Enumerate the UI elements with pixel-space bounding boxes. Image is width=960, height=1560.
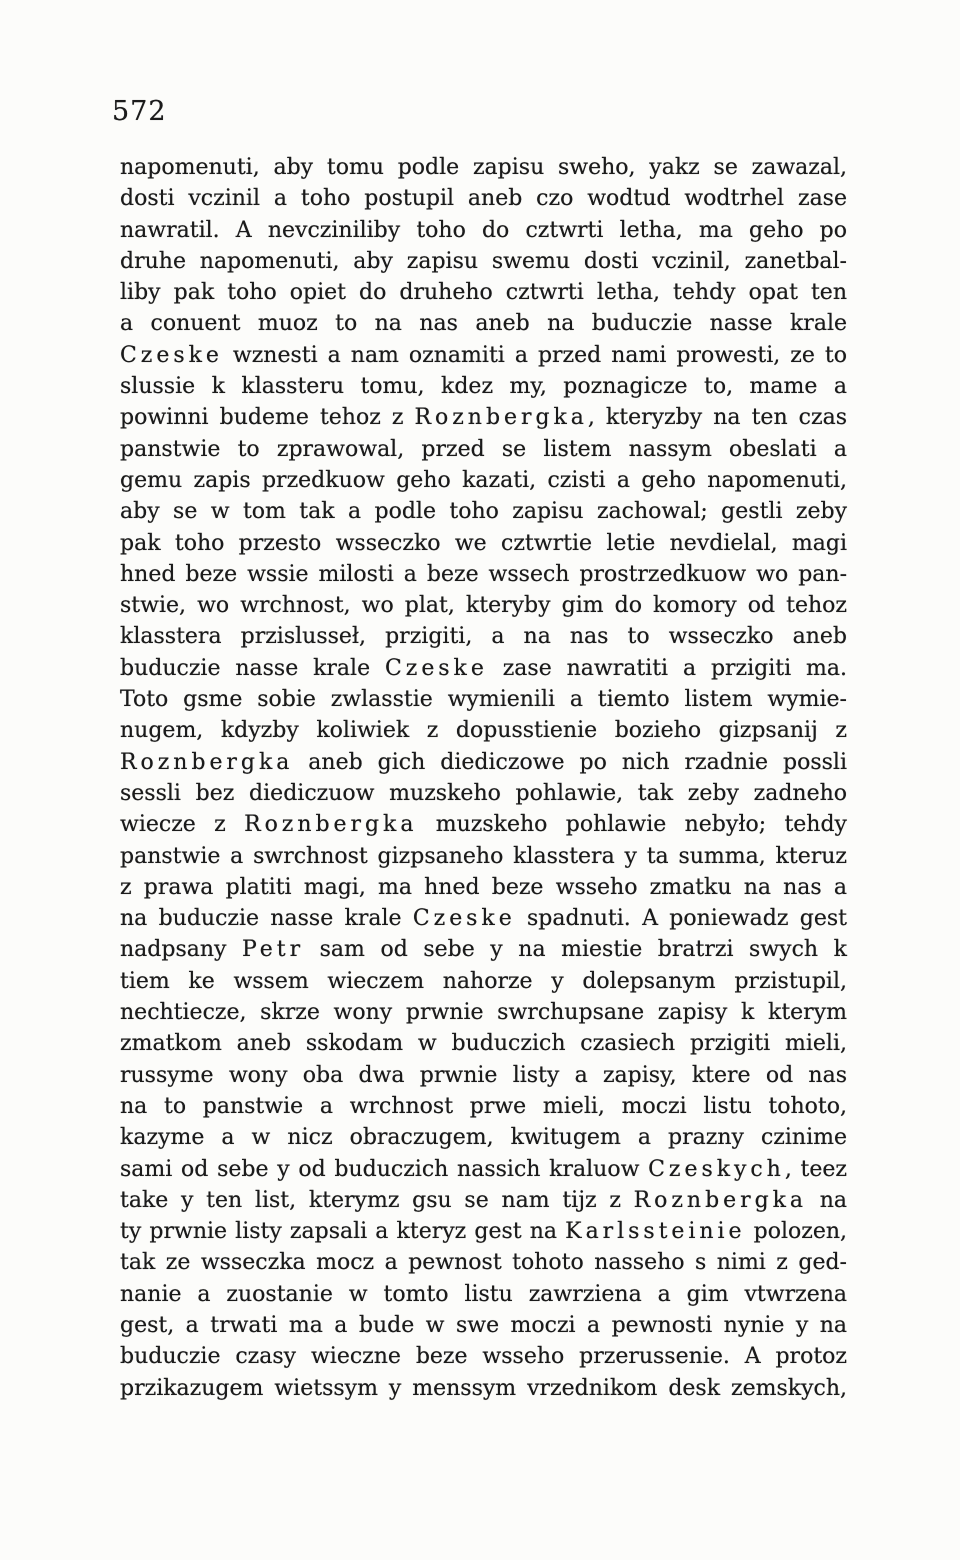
proper-noun-spaced: Roznbergka	[120, 750, 293, 775]
text-segment: Toto gsme sobie zwlasstie wymienili a ti…	[120, 687, 847, 712]
text-line: slussie k klassteru tomu, kdez my, pozna…	[120, 371, 847, 402]
text-segment: na	[807, 1188, 847, 1213]
text-line: napomenuti, aby tomu podle zapisu sweho,…	[120, 152, 847, 183]
text-segment: panstwie a swrchnost gizpsaneho klasster…	[120, 844, 847, 869]
text-segment: liby pak toho opiet do druheho cztwrti l…	[120, 280, 847, 305]
text-segment: klasstera przislusseł, przigiti, a na na…	[120, 624, 847, 649]
text-segment: buduczie nasse krale	[120, 656, 385, 681]
text-segment: na to panstwie a wrchnost prwe mieli, mo…	[120, 1094, 847, 1119]
text-segment: gest, a trwati ma a bude w swe moczi a p…	[120, 1313, 847, 1338]
text-line: przikazugem wietssym y menssym vrzedniko…	[120, 1373, 847, 1404]
text-segment: nechtiecze, skrze wony prwnie swrchupsan…	[120, 1000, 847, 1025]
text-segment: panstwie to zprawowal, przed se listem n…	[120, 437, 847, 462]
text-segment: sessli bez diediczuow muzskeho pohlawie,…	[120, 781, 847, 806]
text-line: kazyme a w nicz obraczugem, kwitugem a p…	[120, 1122, 847, 1153]
proper-noun-spaced: Czeskych	[648, 1157, 785, 1182]
text-segment: slussie k klassteru tomu, kdez my, pozna…	[120, 374, 847, 399]
text-line: wiecze z Roznbergka muzskeho pohlawie ne…	[120, 809, 847, 840]
text-segment: przikazugem wietssym y menssym vrzedniko…	[120, 1376, 847, 1401]
text-line: buduczie nasse krale Czeske zase nawrati…	[120, 653, 847, 684]
text-segment: spadnuti. A poniewadz gest	[516, 906, 847, 931]
text-line: panstwie to zprawowal, przed se listem n…	[120, 434, 847, 465]
page-number: 572	[112, 96, 167, 127]
body-text: napomenuti, aby tomu podle zapisu sweho,…	[120, 152, 847, 1404]
text-line: druhe napomenuti, aby zapisu swemu dosti…	[120, 246, 847, 277]
text-segment: take y ten list, kterymz gsu se nam tijz…	[120, 1188, 634, 1213]
text-segment: powinni budeme tehoz z	[120, 405, 415, 430]
text-segment: hned beze wssie milosti a beze wssech pr…	[120, 562, 847, 587]
text-line: stwie, wo wrchnost, wo plat, kteryby gim…	[120, 590, 847, 621]
text-segment: aby se w tom tak a podle toho zapisu zac…	[120, 499, 847, 524]
text-segment: sam od sebe y na miestie bratrzi swych k	[304, 937, 847, 962]
text-segment: zmatkom aneb sskodam w buduczich czasiec…	[120, 1031, 847, 1056]
text-line: Czeske wznesti a nam oznamiti a przed na…	[120, 340, 847, 371]
text-segment: ty prwnie listy zapsali a kteryz gest na	[120, 1219, 565, 1244]
text-line: klasstera przislusseł, przigiti, a na na…	[120, 621, 847, 652]
text-line: dosti vczinil a toho postupil aneb czo w…	[120, 183, 847, 214]
text-line: Roznbergka aneb gich diediczowe po nich …	[120, 747, 847, 778]
proper-noun-spaced: Petr	[242, 937, 304, 962]
text-segment: a conuent muoz to na nas aneb na buduczi…	[120, 311, 847, 336]
proper-noun-spaced: Czeske	[120, 343, 223, 368]
proper-noun-spaced: Roznbergka	[415, 405, 588, 430]
text-segment: sami od sebe y od buduczich nassich kral…	[120, 1157, 648, 1182]
text-line: powinni budeme tehoz z Roznbergka, ktery…	[120, 402, 847, 433]
text-line: gemu zapis przedkuow geho kazati, czisti…	[120, 465, 847, 496]
text-line: tiem ke wssem wieczem nahorze y dolepsan…	[120, 966, 847, 997]
text-segment: polozen,	[746, 1219, 848, 1244]
text-line: a conuent muoz to na nas aneb na buduczi…	[120, 308, 847, 339]
text-line: take y ten list, kterymz gsu se nam tijz…	[120, 1185, 847, 1216]
text-line: gest, a trwati ma a bude w swe moczi a p…	[120, 1310, 847, 1341]
text-line: na buduczie nasse krale Czeske spadnuti.…	[120, 903, 847, 934]
text-segment: , teez	[785, 1157, 847, 1182]
text-line: zmatkom aneb sskodam w buduczich czasiec…	[120, 1028, 847, 1059]
text-segment: na buduczie nasse krale	[120, 906, 413, 931]
proper-noun-spaced: Karlssteinie	[565, 1219, 745, 1244]
text-segment: nadpsany	[120, 937, 242, 962]
text-line: sami od sebe y od buduczich nassich kral…	[120, 1154, 847, 1185]
text-segment: dosti vczinil a toho postupil aneb czo w…	[120, 186, 847, 211]
text-segment: tiem ke wssem wieczem nahorze y dolepsan…	[120, 969, 847, 994]
text-line: aby se w tom tak a podle toho zapisu zac…	[120, 496, 847, 527]
text-line: nugem, kdyzby koliwiek z dopusstienie bo…	[120, 715, 847, 746]
text-line: sessli bez diediczuow muzskeho pohlawie,…	[120, 778, 847, 809]
text-segment: buduczie czasy wieczne beze wsseho przer…	[120, 1344, 847, 1369]
proper-noun-spaced: Roznbergka	[634, 1188, 807, 1213]
text-line: russyme wony oba dwa prwnie listy a zapi…	[120, 1060, 847, 1091]
text-segment: muzskeho pohlawie nebyło; tehdy	[417, 812, 847, 837]
text-segment: gemu zapis przedkuow geho kazati, czisti…	[120, 468, 847, 493]
text-segment: nanie a zuostanie w tomto listu zawrzien…	[120, 1282, 847, 1307]
text-line: z prawa platiti magi, ma hned beze wsseh…	[120, 872, 847, 903]
text-segment: stwie, wo wrchnost, wo plat, kteryby gim…	[120, 593, 847, 618]
proper-noun-spaced: Roznbergka	[244, 812, 417, 837]
text-segment: wiecze z	[120, 812, 244, 837]
text-segment: kazyme a w nicz obraczugem, kwitugem a p…	[120, 1125, 847, 1150]
text-segment: pak toho przesto wsseczko we cztwrtie le…	[120, 531, 847, 556]
proper-noun-spaced: Czeske	[413, 906, 516, 931]
text-segment: , kteryzby na ten czas	[588, 405, 847, 430]
text-segment: napomenuti, aby tomu podle zapisu sweho,…	[120, 155, 847, 180]
text-line: na to panstwie a wrchnost prwe mieli, mo…	[120, 1091, 847, 1122]
text-segment: tak ze wsseczka mocz a pewnost tohoto na…	[120, 1250, 847, 1275]
text-segment: z prawa platiti magi, ma hned beze wsseh…	[120, 875, 847, 900]
text-line: nawratil. A nevcziniliby toho do cztwrti…	[120, 215, 847, 246]
text-segment: zase nawratiti a przigiti ma.	[488, 656, 847, 681]
text-line: hned beze wssie milosti a beze wssech pr…	[120, 559, 847, 590]
text-segment: wznesti a nam oznamiti a przed nami prow…	[223, 343, 847, 368]
book-page: 572 napomenuti, aby tomu podle zapisu sw…	[0, 0, 960, 1560]
proper-noun-spaced: Czeske	[385, 656, 488, 681]
text-line: nadpsany Petr sam od sebe y na miestie b…	[120, 934, 847, 965]
text-segment: russyme wony oba dwa prwnie listy a zapi…	[120, 1063, 847, 1088]
text-segment: aneb gich diediczowe po nich rzadnie pos…	[293, 750, 847, 775]
text-line: ty prwnie listy zapsali a kteryz gest na…	[120, 1216, 847, 1247]
text-line: tak ze wsseczka mocz a pewnost tohoto na…	[120, 1247, 847, 1278]
text-line: panstwie a swrchnost gizpsaneho klasster…	[120, 841, 847, 872]
text-segment: nawratil. A nevcziniliby toho do cztwrti…	[120, 218, 847, 243]
text-line: Toto gsme sobie zwlasstie wymienili a ti…	[120, 684, 847, 715]
text-line: nanie a zuostanie w tomto listu zawrzien…	[120, 1279, 847, 1310]
text-segment: nugem, kdyzby koliwiek z dopusstienie bo…	[120, 718, 847, 743]
text-segment: druhe napomenuti, aby zapisu swemu dosti…	[120, 249, 847, 274]
text-line: pak toho przesto wsseczko we cztwrtie le…	[120, 528, 847, 559]
text-line: liby pak toho opiet do druheho cztwrti l…	[120, 277, 847, 308]
text-line: nechtiecze, skrze wony prwnie swrchupsan…	[120, 997, 847, 1028]
text-line: buduczie czasy wieczne beze wsseho przer…	[120, 1341, 847, 1372]
